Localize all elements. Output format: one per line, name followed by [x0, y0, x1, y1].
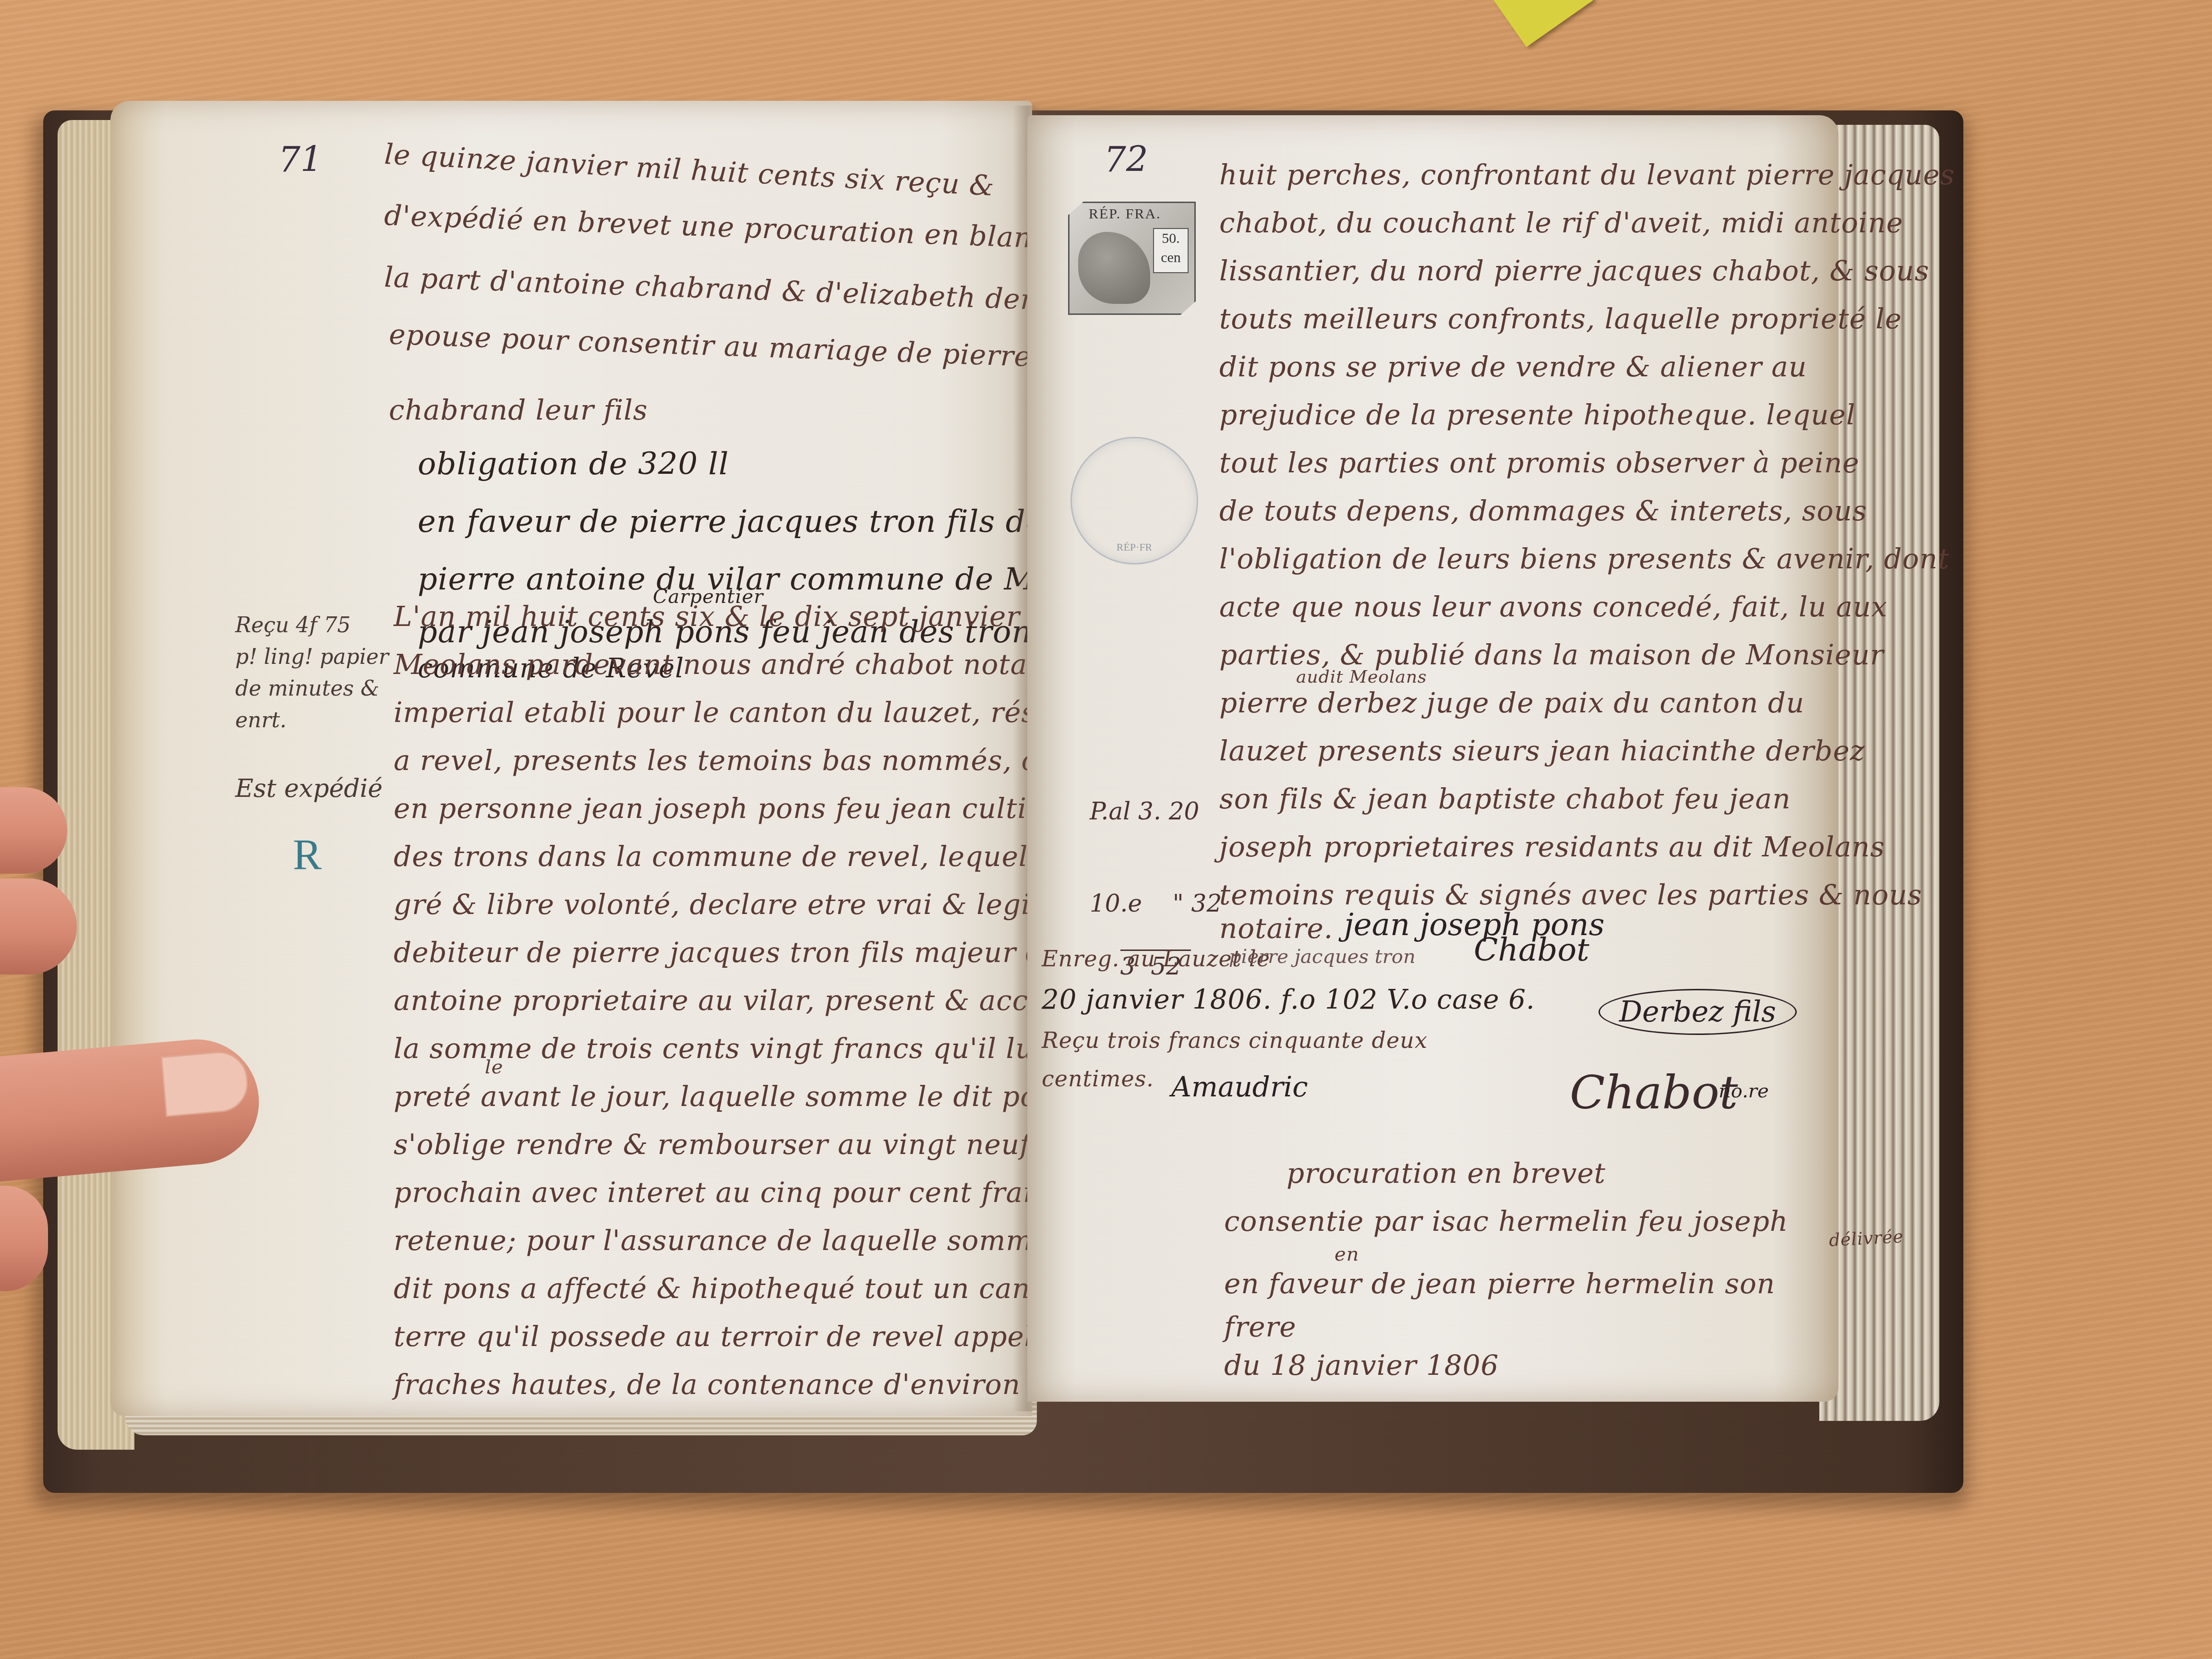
entry-line: chabrand leur fils [389, 394, 648, 426]
body-line: prochain avec interet au cinq pour cent … [394, 1176, 1117, 1209]
embossed-seal-icon: RÉP·FR [1070, 437, 1198, 565]
entry-line: du 18 janvier 1806 [1224, 1349, 1499, 1382]
tax-stamp: RÉP. FRA. 50. cen [1068, 202, 1196, 315]
entry-line: le quinze janvier mil huit cents six reç… [384, 138, 995, 202]
body-line: L'an mil huit cents six & le dix sept ja… [394, 600, 1020, 633]
page-number-right: 72 [1104, 139, 1148, 180]
entry-line: en faveur de jean pierre hermelin son [1224, 1267, 1775, 1300]
body-line: de touts depens, dommages & interets, so… [1219, 494, 1867, 527]
body-line: gré & libre volonté, declare etre vrai &… [394, 888, 1095, 921]
body-line: dit pons a affecté & hipothequé tout un … [394, 1272, 1078, 1305]
body-line: lauzet presents sieurs jean hiacinthe de… [1219, 734, 1865, 767]
stamp-figure-icon [1078, 232, 1150, 304]
body-line: terre qu'il possede au terroir de revel … [394, 1320, 1110, 1353]
signature-derbez: Derbez fils [1599, 989, 1797, 1035]
body-line: tout les parties ont promis observer à p… [1219, 446, 1860, 479]
body-line: son fils & jean baptiste chabot feu jean [1219, 782, 1791, 815]
body-line: parties, & publié dans la maison de Mons… [1219, 638, 1884, 671]
body-line: en personne jean joseph pons feu jean cu… [394, 792, 1121, 825]
body-line: preté avant le jour, laquelle somme le d… [394, 1080, 1070, 1113]
tally-line: P.al 3. 20 [1090, 796, 1222, 827]
body-line: imperial etabli pour le canton du lauzet… [394, 696, 1111, 729]
body-line: notaire. [1219, 912, 1333, 945]
body-line: pierre derbez juge de paix du canton du [1219, 686, 1804, 719]
edge-note: délivrée [1828, 1227, 1904, 1250]
body-line: acte que nous leur avons concedé, fait, … [1219, 590, 1887, 623]
body-line: prejudice de la presente hipotheque. leq… [1219, 398, 1855, 431]
thumb [0, 1034, 264, 1183]
body-line: l'obligation de leurs biens presents & a… [1219, 542, 1949, 575]
stamp-value: 50. [1154, 229, 1188, 248]
signature-tron: pierre jacques tron [1229, 946, 1416, 968]
registration-line: centimes. [1042, 1066, 1154, 1092]
entry-line: procuration en brevet [1286, 1157, 1606, 1190]
thumbnail [161, 1049, 250, 1117]
body-line: huit perches, confrontant du levant pier… [1219, 158, 1955, 191]
body-line: Meolans pardevant nous andré chabot nota… [394, 648, 1068, 681]
stamp-value-box: 50. cen [1153, 228, 1189, 273]
heading-line: obligation de 320 ll [418, 446, 729, 482]
seal-text: RÉP·FR [1072, 541, 1197, 553]
body-line: s'oblige rendre & rembourser au vingt ne… [394, 1128, 1095, 1161]
body-line: lissantier, du nord pierre jacques chabo… [1219, 254, 1929, 287]
body-line: temoins requis & signés avec les parties… [1219, 878, 1922, 911]
body-interlinear: audit Meolans [1296, 667, 1427, 687]
notary-abbrev: no.re [1719, 1080, 1769, 1102]
registration-line: Reçu trois francs cinquante deux [1042, 1027, 1428, 1053]
margin-note-receipt: Reçu 4f 75 p! ling! papier de minutes & … [235, 610, 389, 736]
finger [0, 878, 77, 974]
blue-r-mark: R [293, 830, 322, 880]
entry-line: d'expédié en brevet une procuration en b… [384, 199, 1094, 256]
body-line: fraches hautes, de la contenance d'envir… [394, 1368, 1104, 1401]
signature-chabot: Chabot [1474, 931, 1589, 968]
body-line: dit pons se prive de vendre & aliener au [1219, 350, 1807, 383]
body-line: joseph proprietaires residants au dit Me… [1219, 830, 1885, 863]
signature-receiver: Amaudric [1171, 1070, 1308, 1103]
body-interlinear: le [485, 1056, 503, 1078]
heading-line: en faveur de pierre jacques tron fils de [418, 504, 1045, 540]
tally-line: 10.e " 32 [1090, 888, 1222, 919]
body-line: retenue; pour l'assurance de laquelle so… [394, 1224, 1085, 1257]
stamp-unit: cen [1154, 248, 1188, 267]
hand-holding-book [0, 787, 278, 1315]
signature-notary: Chabot [1570, 1066, 1738, 1119]
entry-interlinear: en [1334, 1243, 1359, 1265]
entry-line: frere [1224, 1310, 1297, 1343]
entry-line: consentie par isac hermelin feu joseph [1224, 1205, 1788, 1238]
body-line: touts meilleurs confronts, laquelle prop… [1219, 302, 1902, 335]
registration-line: 20 janvier 1806. f.o 102 V.o case 6. [1042, 984, 1535, 1015]
page-number-left: 71 [278, 139, 323, 180]
body-line: chabot, du couchant le rif d'aveit, midi… [1219, 206, 1903, 239]
finger [0, 787, 67, 874]
finger [0, 1186, 48, 1291]
stamp-header: RÉP. FRA. [1089, 206, 1161, 222]
